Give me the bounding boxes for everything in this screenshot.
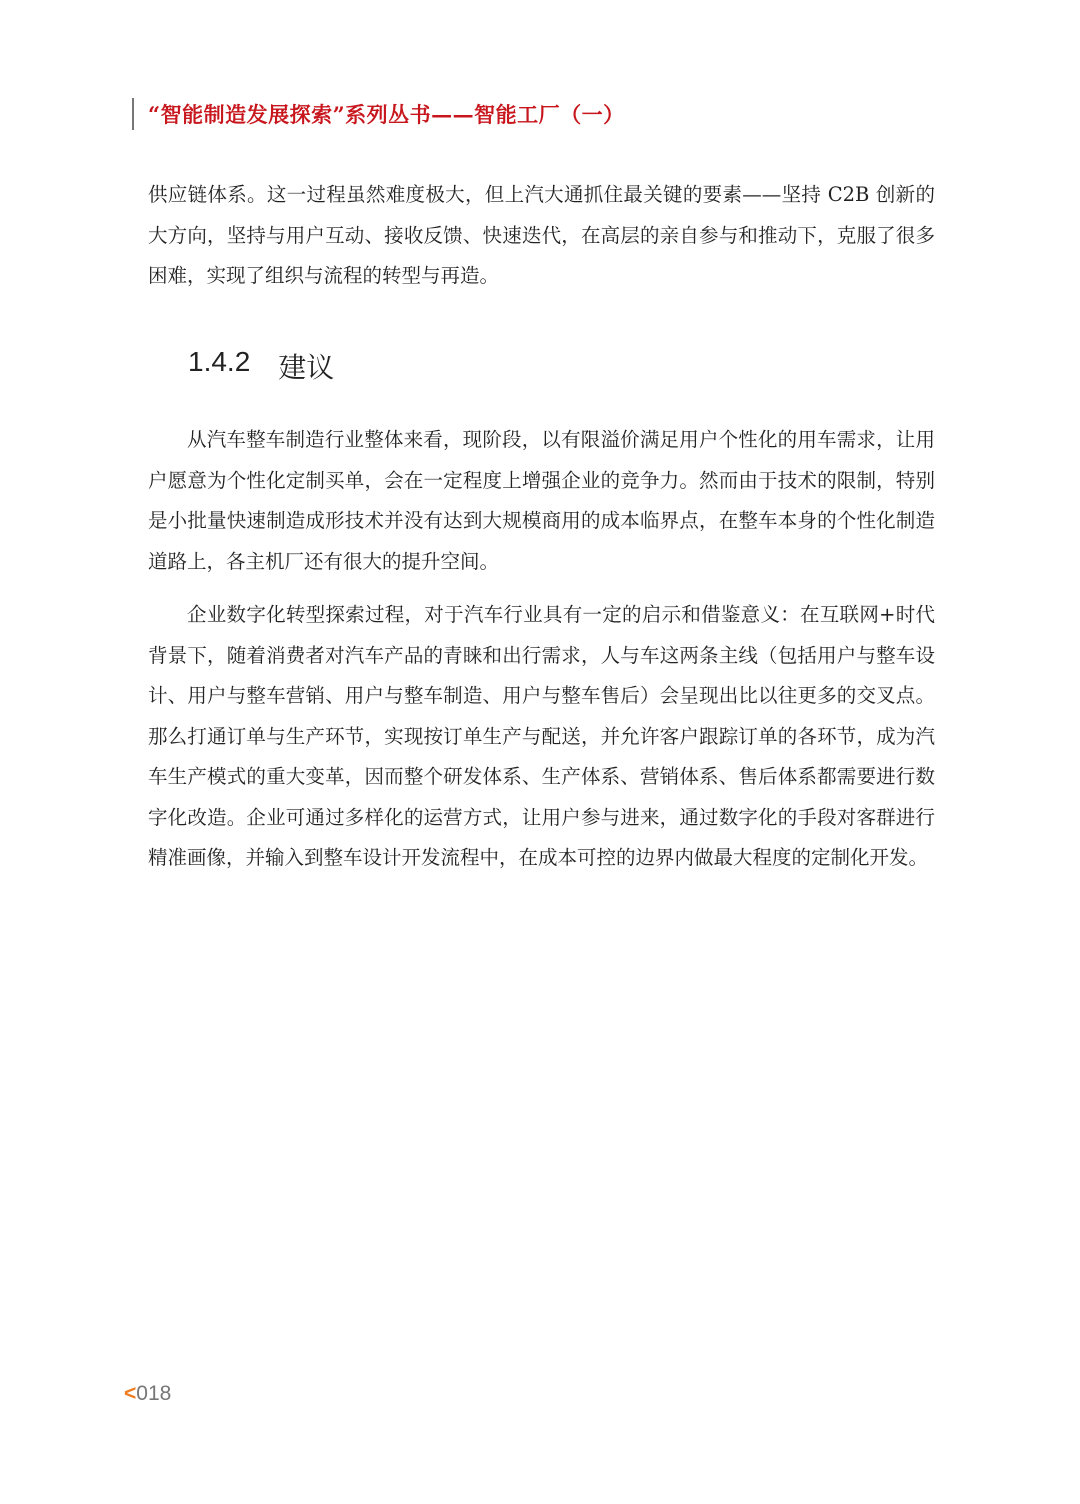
section-body: 从汽车整车制造行业整体来看，现阶段，以有限溢价满足用户个性化的用车需求，让用户愿… [148, 420, 935, 879]
book-series-title: “智能制造发展探索”系列丛书——智能工厂（一） [148, 99, 625, 129]
page-number: 018 [136, 1382, 171, 1405]
body-paragraph-2: 企业数字化转型探索过程，对于汽车行业具有一定的启示和借鉴意义：在互联网+时代背景… [148, 595, 935, 879]
header-divider [132, 98, 134, 130]
intro-paragraph: 供应链体系。这一过程虽然难度极大，但上汽大通抓住最关键的要素——坚持 C2B 创… [148, 175, 935, 297]
section-number: 1.4.2 [188, 346, 250, 386]
page-footer: <018 [124, 1382, 171, 1406]
running-header: “智能制造发展探索”系列丛书——智能工厂（一） [132, 98, 625, 130]
section-title: 建议 [278, 346, 334, 386]
chevron-left-icon: < [124, 1382, 136, 1405]
intro-text-block: 供应链体系。这一过程虽然难度极大，但上汽大通抓住最关键的要素——坚持 C2B 创… [148, 175, 935, 297]
body-paragraph-1: 从汽车整车制造行业整体来看，现阶段，以有限溢价满足用户个性化的用车需求，让用户愿… [148, 420, 935, 582]
section-heading: 1.4.2 建议 [188, 346, 334, 386]
